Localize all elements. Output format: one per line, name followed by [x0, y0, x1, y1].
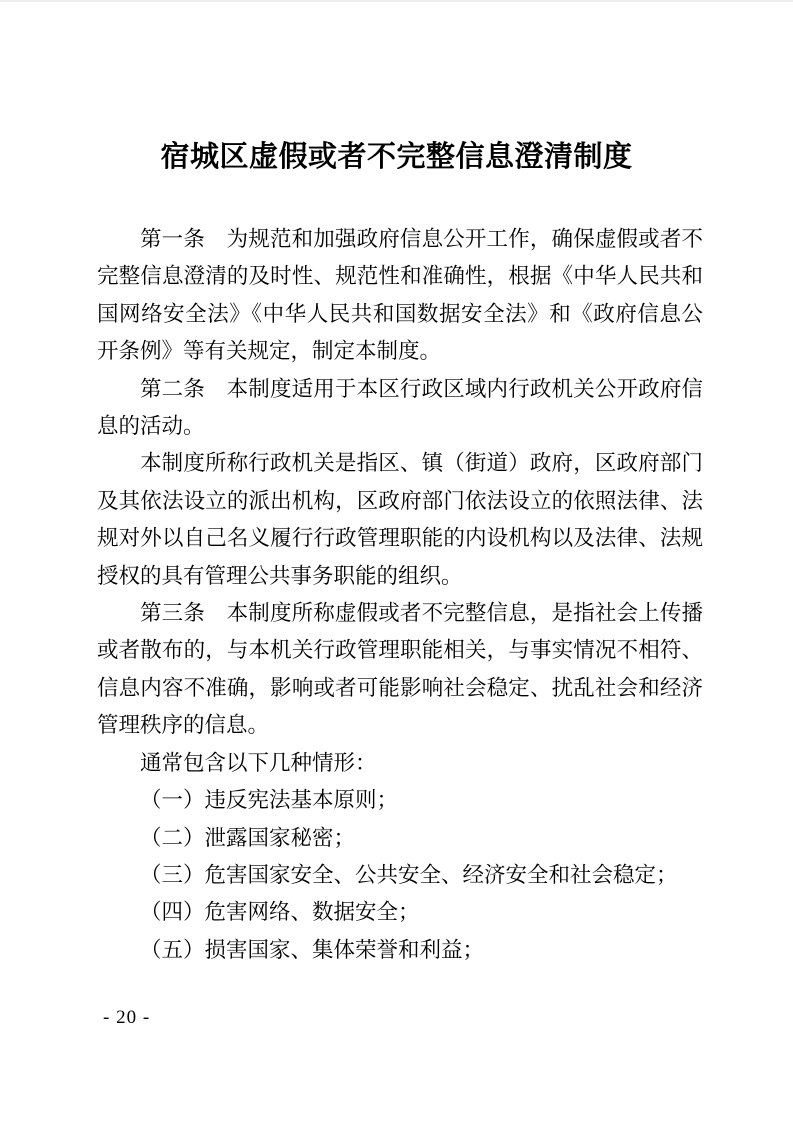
- document-title: 宿城区虚假或者不完整信息澄清制度: [0, 136, 793, 179]
- list-item-2: （二）泄露国家秘密；: [97, 820, 703, 857]
- list-item-1: （一）违反宪法基本原则；: [97, 782, 703, 819]
- document-body: 第一条 为规范和加强政府信息公开工作，确保虚假或者不完整信息澄清的及时性、规范性…: [97, 221, 703, 969]
- document-page: 宿城区虚假或者不完整信息澄清制度 第一条 为规范和加强政府信息公开工作，确保虚假…: [0, 0, 793, 1122]
- list-item-4: （四）危害网络、数据安全；: [97, 894, 703, 931]
- list-item-5: （五）损害国家、集体荣誉和利益；: [97, 932, 703, 969]
- paragraph-article-2-definition: 本制度所称行政机关是指区、镇（街道）政府，区政府部门及其依法设立的派出机构，区政…: [97, 445, 703, 595]
- paragraph-article-2: 第二条 本制度适用于本区行政区域内行政机关公开政府信息的活动。: [97, 371, 703, 446]
- paragraph-list-intro: 通常包含以下几种情形：: [97, 745, 703, 782]
- list-item-3: （三）危害国家安全、公共安全、经济安全和社会稳定；: [97, 857, 703, 894]
- page-number: - 20 -: [103, 1007, 150, 1029]
- paragraph-article-1: 第一条 为规范和加强政府信息公开工作，确保虚假或者不完整信息澄清的及时性、规范性…: [97, 221, 703, 371]
- page-top-edge: [0, 0, 793, 2]
- paragraph-article-3: 第三条 本制度所称虚假或者不完整信息，是指社会上传播或者散布的，与本机关行政管理…: [97, 595, 703, 745]
